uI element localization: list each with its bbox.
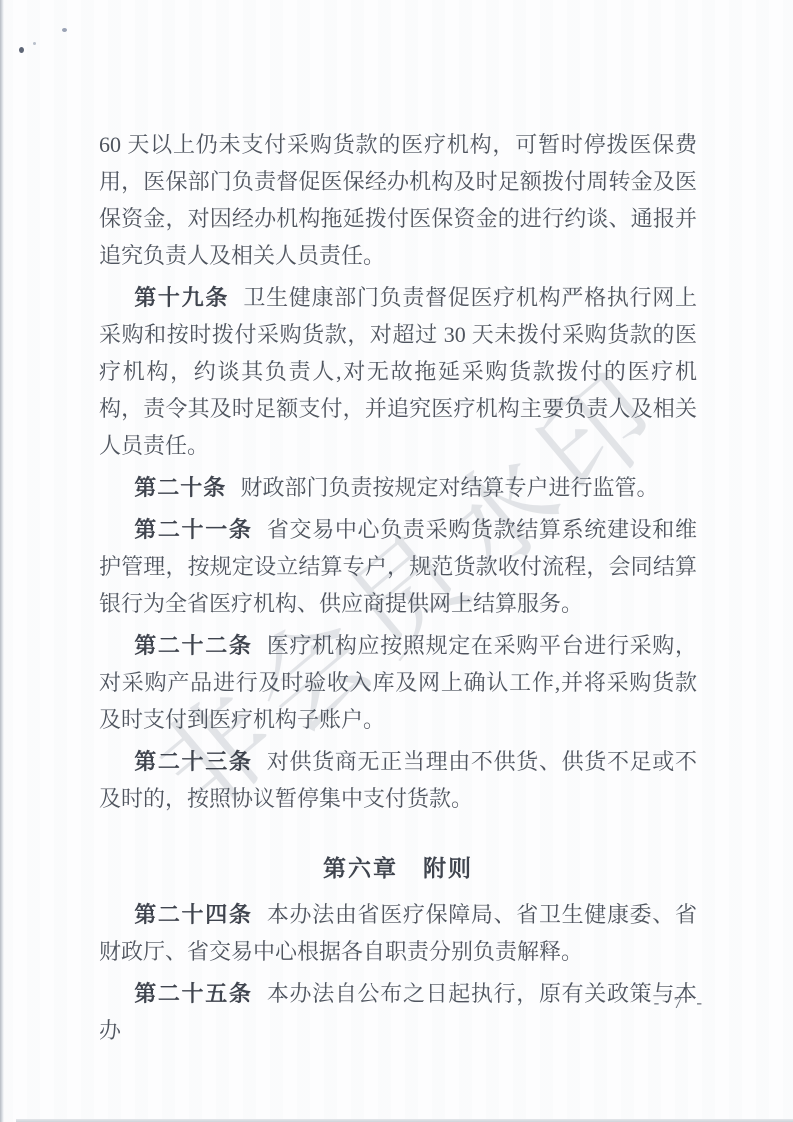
paragraph: 第十九条卫生健康部门负责督促医疗机构严格执行网上采购和按时拨付采购货款，对超过 … xyxy=(99,279,697,464)
paragraph: 第二十一条省交易中心负责采购货款结算系统建设和维护管理，按规定设立结算专户，规范… xyxy=(99,511,697,622)
paragraph-text: 60 天以上仍未支付采购货款的医疗机构，可暂时停拨医保费用，医保部门负责督促医保… xyxy=(99,132,697,268)
paragraph: 第二十三条对供货商无正当理由不供货、供货不足或不及时的，按照协议暂停集中支付货款… xyxy=(99,743,697,817)
page-number: - 7 - xyxy=(654,993,707,1013)
scan-speck xyxy=(19,47,24,53)
paragraph: 第二十二条医疗机构应按照规定在采购平台进行采购，对采购产品进行及时验收入库及网上… xyxy=(99,627,697,738)
article-number-label: 第十九条 xyxy=(134,285,229,310)
paragraph-text: 卫生健康部门负责督促医疗机构严格执行网上采购和按时拨付采购货款，对超过 30 天… xyxy=(99,285,697,458)
article-number-label: 第二十三条 xyxy=(134,749,252,774)
scan-speck xyxy=(33,42,36,45)
article-number-label: 第二十五条 xyxy=(134,981,252,1006)
paragraph: 第二十五条本办法自公布之日起执行，原有关政策与本办 xyxy=(99,975,697,1049)
document-body: 60 天以上仍未支付采购货款的医疗机构，可暂时停拨医保费用，医保部门负责督促医保… xyxy=(99,126,697,1054)
chapter-heading: 第六章 附则 xyxy=(99,850,697,887)
article-number-label: 第二十一条 xyxy=(134,517,252,542)
paragraph: 60 天以上仍未支付采购货款的医疗机构，可暂时停拨医保费用，医保部门负责督促医保… xyxy=(99,126,697,274)
paragraph: 第二十四条本办法由省医疗保障局、省卫生健康委、省财政厅、省交易中心根据各自职责分… xyxy=(99,896,697,970)
scan-left-edge-shadow xyxy=(0,0,4,1122)
paragraph: 第二十条财政部门负责按规定对结算专户进行监管。 xyxy=(99,469,697,506)
scanned-document-page: 非会员水印 60 天以上仍未支付采购货款的医疗机构，可暂时停拨医保费用，医保部门… xyxy=(0,0,793,1122)
article-number-label: 第二十条 xyxy=(134,475,226,500)
article-number-label: 第二十四条 xyxy=(134,902,252,927)
paragraph-text: 财政部门负责按规定对结算专户进行监管。 xyxy=(241,475,659,500)
article-number-label: 第二十二条 xyxy=(134,633,252,658)
scan-speck xyxy=(62,28,67,32)
